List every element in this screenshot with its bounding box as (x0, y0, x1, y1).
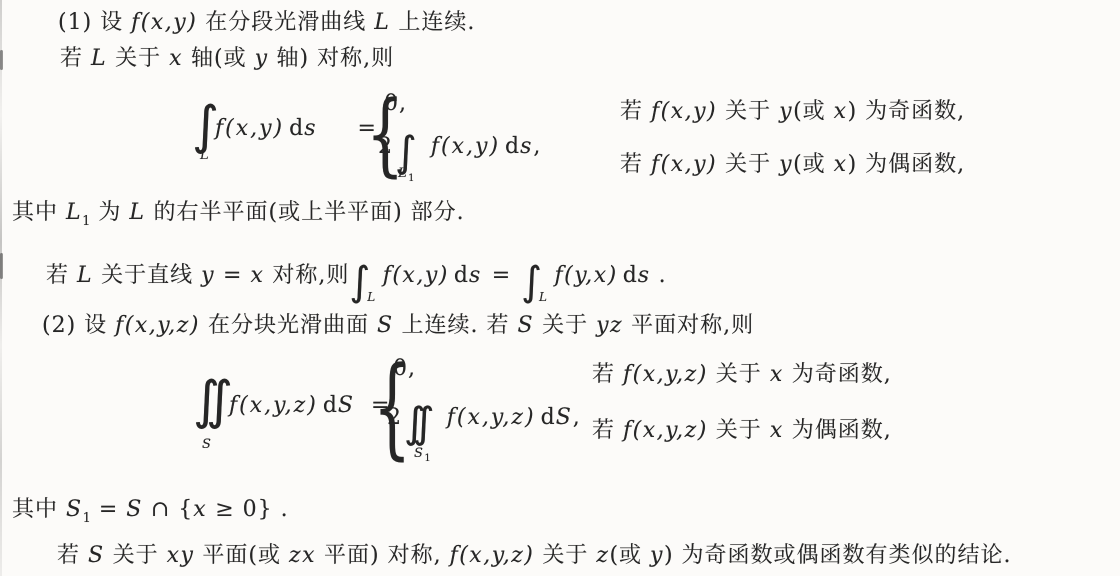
math-segment: xy (167, 543, 195, 568)
case2-value: 2∫f(x,y)ds, (378, 134, 541, 159)
diagonal-symmetry-line: 若 L 关于直线 y = x 对称,则∫Lf(x,y)ds=∫Lf(y,x)ds… (46, 254, 667, 319)
double-integral-glyph: ∫ (413, 398, 435, 447)
math-segment: L (374, 10, 390, 35)
math-segment: d (623, 263, 638, 288)
odd-condition: 若 f(x,y,z) 关于 x 为奇函数, (592, 357, 892, 388)
math-segment: f(x,y,z) (115, 313, 200, 338)
text-segment: 若 (60, 46, 91, 71)
math-segment: s (469, 263, 482, 288)
axis-symmetry-line: 若 L 关于 x 轴(或 y 轴) 对称,则 (60, 44, 394, 74)
math-segment: f(x,y,z) (450, 543, 535, 568)
math-segment: f(y,x) (554, 263, 617, 288)
l1-definition-line: 其中 L1 为 L 的右半平面(或上半平面) 部分. (12, 198, 465, 237)
text-segment: 若 (57, 543, 88, 568)
math-segment: L (66, 200, 82, 225)
text-segment: 上连续. (390, 10, 475, 35)
text-segment: 关于 (107, 46, 169, 71)
math-segment: S (126, 497, 143, 522)
text-segment: 为 (90, 200, 129, 225)
s1-definition-line: 其中 S1 = S ∩ {x ≥ 0} . (12, 495, 289, 534)
math-segment: y (255, 46, 269, 71)
text-segment: 在分段光滑曲线 (197, 10, 374, 35)
text-segment: (1) 设 (58, 10, 131, 35)
math-segment: yz (596, 313, 623, 338)
text-segment: 关于 (534, 543, 596, 568)
math-segment: S (377, 313, 394, 338)
surface-integral-case-formula: ∫ ∫ S f(x,y,z)dS= { 0, 2∫∫f(x,y,z)dS, S1… (193, 353, 1120, 473)
text-segment: 其中 (12, 497, 66, 522)
integral-subscript: L (367, 290, 376, 304)
line-integral-case-formula: ∫ L f(x,y)ds= { 0, 2∫f(x,y)ds, L1 若 f(x,… (190, 90, 1120, 185)
text-segment: 关于 (105, 543, 167, 568)
math-segment: x (169, 46, 183, 71)
integral-subscript: L (200, 148, 210, 163)
text-segment: 轴) 对称,则 (269, 46, 395, 71)
case1-value: 0, (384, 91, 407, 116)
math-segment: S (66, 497, 83, 522)
lhs-expression: f(x,y)ds= (215, 116, 387, 141)
equals-sign: = (492, 263, 511, 288)
math-segment: d (454, 263, 469, 288)
integral-subscript: S1 (414, 446, 431, 464)
text-segment: 关于 (534, 313, 596, 338)
math-segment: S (88, 543, 105, 568)
math-segment: x (250, 263, 264, 288)
math-segment: s (638, 263, 651, 288)
math-segment: L (129, 200, 145, 225)
text-segment: 在分块光滑曲面 (200, 313, 377, 338)
integral-subscript: L1 (398, 166, 415, 184)
text-segment: . (651, 263, 667, 288)
math-segment: x (193, 497, 207, 522)
math-segment: z (596, 543, 609, 568)
text-segment: 轴(或 (183, 46, 255, 71)
scan-smudge (0, 253, 3, 279)
text-segment: = (215, 263, 250, 288)
math-segment: zx (289, 543, 316, 568)
text-segment: 对称,则 (264, 263, 349, 288)
math-segment: S (518, 313, 535, 338)
text-segment: 的右半平面(或上半平面) 部分. (146, 200, 465, 225)
text-segment: 平面) 对称, (316, 543, 450, 568)
text-segment: 上连续. 若 (394, 313, 518, 338)
math-segment: y (201, 263, 215, 288)
text-segment: 平面(或 (194, 543, 289, 568)
integral-subscript: S (202, 437, 212, 452)
part1-intro-line: (1) 设 f(x,y) 在分段光滑曲线 L 上连续. (58, 8, 475, 38)
scan-edge-artifact (0, 0, 2, 576)
case1-value: 0, (393, 356, 416, 381)
text-segment: (或 (609, 543, 650, 568)
text-segment: ) 为奇函数或偶函数有类似的结论. (664, 543, 1012, 568)
text-segment: 若 (46, 263, 77, 288)
text-segment: ≥ 0} . (207, 497, 288, 522)
text-segment: ∩ { (143, 497, 193, 522)
scan-smudge (0, 50, 3, 70)
math-segment: y (650, 543, 664, 568)
even-condition: 若 f(x,y) 关于 y(或 x) 为偶函数, (620, 147, 965, 178)
text-segment: (2) 设 (42, 313, 115, 338)
closing-remark-line: 若 S 关于 xy 平面(或 zx 平面) 对称, f(x,y,z) 关于 z(… (57, 541, 1012, 571)
math-segment: f(x,y) (131, 10, 197, 35)
text-segment: 平面对称,则 (623, 313, 754, 338)
math-segment: f(x,y) (383, 263, 449, 288)
integral-subscript: L (539, 290, 548, 304)
text-segment: = (91, 497, 126, 522)
math-segment: L (91, 46, 107, 71)
odd-condition: 若 f(x,y) 关于 y(或 x) 为奇函数, (620, 94, 965, 125)
textbook-page: (1) 设 f(x,y) 在分段光滑曲线 L 上连续. 若 L 关于 x 轴(或… (0, 0, 1120, 576)
part2-intro-line: (2) 设 f(x,y,z) 在分块光滑曲面 S 上连续. 若 S 关于 yz … (42, 311, 754, 341)
text-segment: 其中 (12, 200, 66, 225)
math-segment: L (77, 263, 93, 288)
subscript: 1 (83, 511, 91, 526)
text-segment: 关于直线 (93, 263, 201, 288)
case2-value: 2∫∫f(x,y,z)dS, (387, 405, 581, 430)
even-condition: 若 f(x,y,z) 关于 x 为偶函数, (592, 413, 892, 444)
